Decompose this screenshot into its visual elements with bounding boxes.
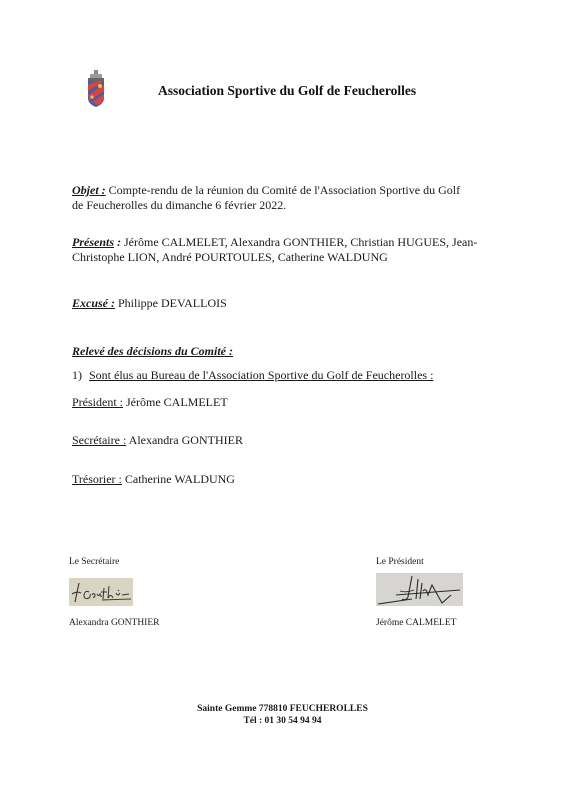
role-secretary: Secrétaire : Alexandra GONTHIER [72, 433, 243, 448]
role-name: Catherine WALDUNG [122, 472, 235, 486]
president-signature-title: Le Président [376, 556, 424, 568]
attendees-text: Jérôme CALMELET, Alexandra GONTHIER, Chr… [72, 235, 477, 264]
decision-item-text: Sont élus au Bureau de l'Association Spo… [89, 368, 433, 382]
handwritten-signature-icon [376, 573, 463, 606]
role-label: Secrétaire : [72, 433, 126, 447]
footer-address: Sainte Gemme 778810 FEUCHEROLLES [0, 703, 565, 715]
handwritten-signature-icon [69, 578, 133, 606]
attendees-paragraph: Présents : Jérôme CALMELET, Alexandra GO… [72, 235, 482, 265]
attendees-separator: : [114, 235, 121, 249]
excused-label: Excusé : [72, 296, 115, 310]
decisions-heading: Relevé des décisions du Comité : [72, 344, 233, 359]
excused-text: Philippe DEVALLOIS [115, 296, 227, 310]
role-president: Président : Jérôme CALMELET [72, 395, 228, 410]
role-label: Trésorier : [72, 472, 122, 486]
subject-paragraph: Objet : Compte-rendu de la réunion du Co… [72, 183, 472, 213]
subject-label: Objet : [72, 183, 106, 197]
coat-of-arms-shield-icon [86, 70, 106, 108]
footer-phone: Tél : 01 30 54 94 94 [0, 715, 565, 727]
president-signature-name: Jérôme CALMELET [376, 617, 456, 629]
excused-paragraph: Excusé : Philippe DEVALLOIS [72, 296, 227, 311]
attendees-label: Présents [72, 235, 114, 249]
subject-text: Compte-rendu de la réunion du Comité de … [72, 183, 460, 212]
role-label: Président : [72, 395, 123, 409]
organization-title: Association Sportive du Golf de Feuchero… [158, 83, 416, 99]
secretary-signature-name: Alexandra GONTHIER [69, 617, 160, 629]
secretary-signature-title: Le Secrétaire [69, 556, 119, 568]
decision-item: 1)Sont élus au Bureau de l'Association S… [72, 368, 433, 383]
role-name: Jérôme CALMELET [123, 395, 228, 409]
footer-contact: Sainte Gemme 778810 FEUCHEROLLES Tél : 0… [0, 703, 565, 727]
role-name: Alexandra GONTHIER [126, 433, 243, 447]
role-treasurer: Trésorier : Catherine WALDUNG [72, 472, 235, 487]
decision-item-number: 1) [72, 368, 89, 383]
